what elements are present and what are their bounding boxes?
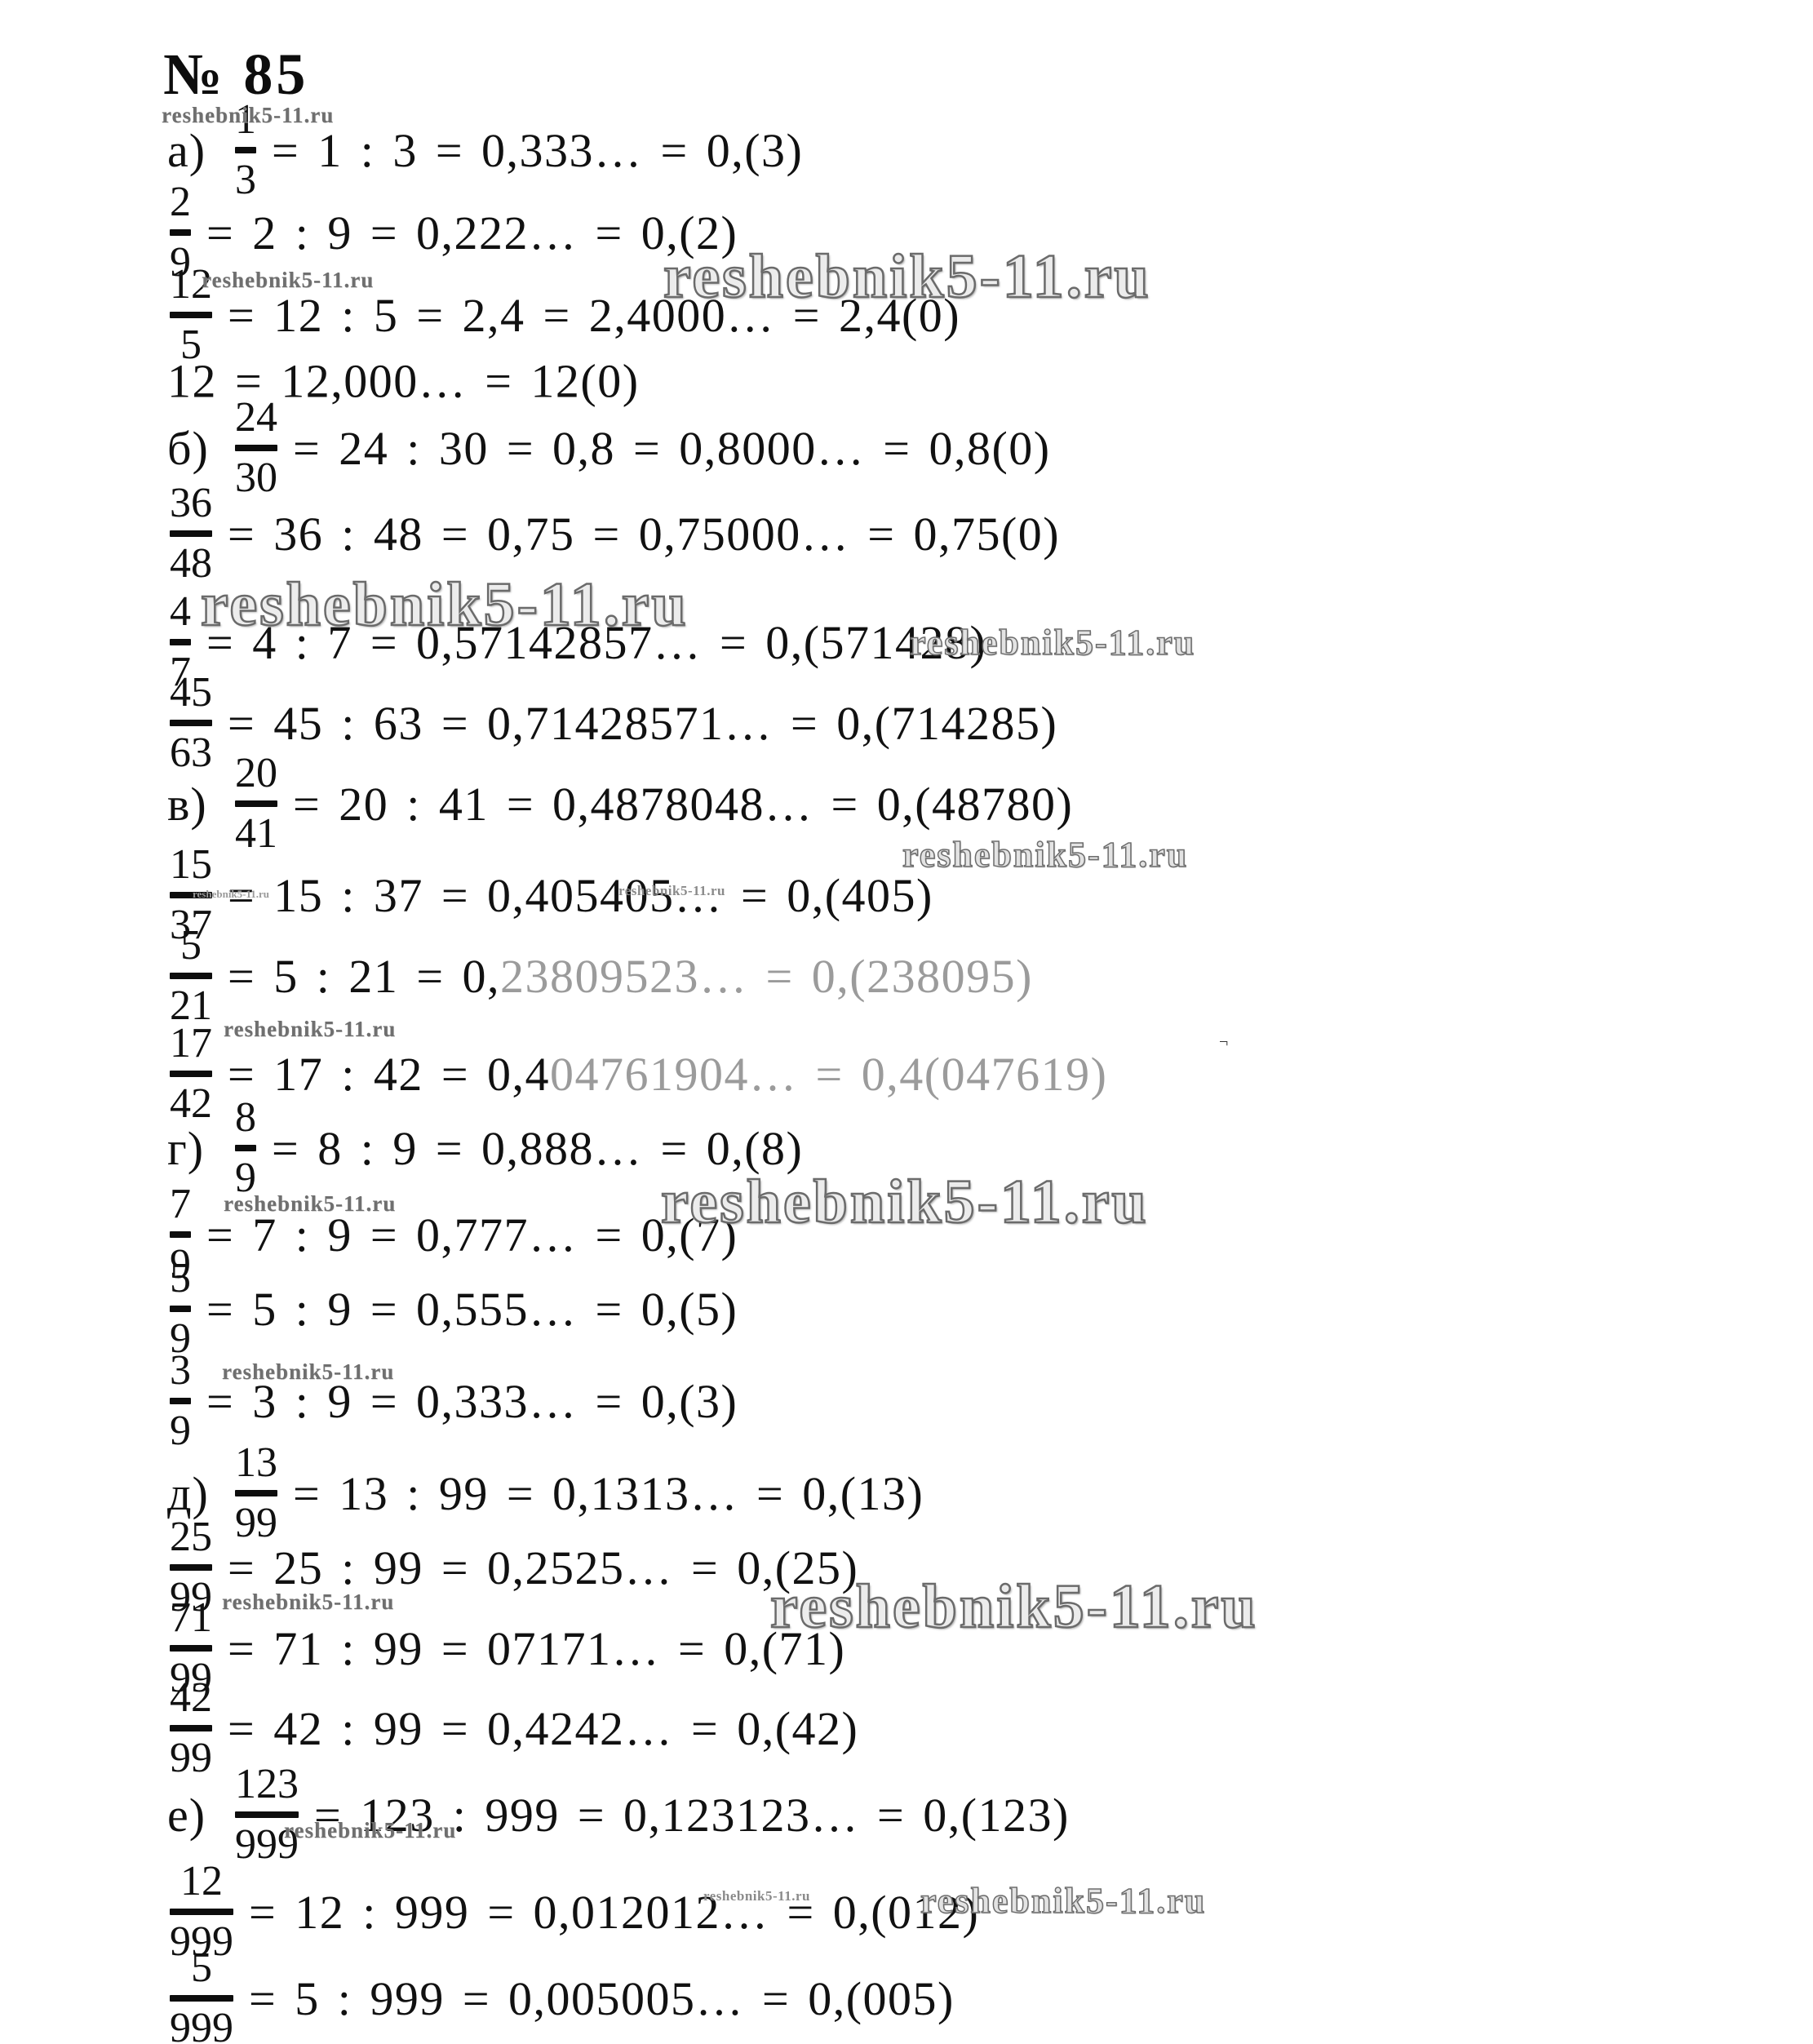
watermark-text: reshebnik5-11.ru xyxy=(661,1167,1149,1238)
fraction: 5 21 xyxy=(167,924,215,1027)
fraction-bar xyxy=(170,973,212,979)
fraction-numerator: 5 xyxy=(170,1257,191,1300)
equation-main: = 42 : 99 = 0,4242… = 0,(42) xyxy=(228,1702,858,1755)
watermark-text: reshebnik5-11.ru xyxy=(920,1880,1206,1922)
watermark-text: reshebnik5-11.ru xyxy=(222,1590,394,1615)
equation-text: = 24 : 30 = 0,8 = 0,8000… = 0,8(0) xyxy=(293,421,1051,476)
equation-text: = 36 : 48 = 0,75 = 0,75000… = 0,75(0) xyxy=(228,507,1060,561)
equation-text: = 45 : 63 = 0,71428571… = 0,(714285) xyxy=(228,696,1057,751)
fraction-numerator: 13 xyxy=(235,1442,277,1484)
equation-main: = 36 : 48 = 0,75 = 0,75000… = 0,75(0) xyxy=(228,508,1060,561)
document-page: № 85 а) 1 3 = 1 : 3 = 0,333… = 0,(3) 2 9… xyxy=(0,0,1813,2044)
equation-main: = 25 : 99 = 0,2525… = 0,(25) xyxy=(228,1541,858,1594)
watermark-text: reshebnik5-11.ru xyxy=(703,1888,810,1904)
equation-main: = 45 : 63 = 0,71428571… = 0,(714285) xyxy=(228,697,1057,750)
equation-text: = 17 : 42 = 0,404761904… = 0,4(047619) xyxy=(228,1047,1107,1102)
watermark-text: reshebnik5-11.ru xyxy=(193,888,269,901)
equation-main: = 17 : 42 = 0,4 xyxy=(228,1048,550,1101)
watermark-text: reshebnik5-11.ru xyxy=(663,242,1151,313)
watermark-text: reshebnik5-11.ru xyxy=(770,1572,1258,1643)
part-label: б) xyxy=(167,421,219,476)
equation-text: = 2 : 9 = 0,222… = 0,(2) xyxy=(206,206,738,260)
equation-text: = 15 : 37 = 0,405405… = 0,(405) xyxy=(228,868,933,923)
fraction-denominator: 999 xyxy=(170,2007,233,2044)
equation-text: = 5 : 999 = 0,005005… = 0,(005) xyxy=(249,1971,955,2026)
part-label: д) xyxy=(167,1466,219,1521)
fraction-bar xyxy=(170,1071,212,1077)
equation-main: = 5 : 21 = 0, xyxy=(228,950,500,1003)
equation-faded: 23809523… = 0,(238095) xyxy=(500,950,1033,1003)
fraction-numerator: 8 xyxy=(235,1097,256,1139)
fraction-bar xyxy=(235,800,277,807)
equation-text: = 13 : 99 = 0,1313… = 0,(13) xyxy=(293,1466,924,1521)
fraction-bar xyxy=(170,229,191,236)
fraction-bar xyxy=(170,639,191,645)
equation-text: = 71 : 99 = 07171… = 0,(71) xyxy=(228,1621,845,1676)
fraction-bar xyxy=(170,1995,233,2002)
fraction-bar xyxy=(235,147,256,153)
watermark-text: reshebnik5-11.ru xyxy=(162,103,334,128)
fraction-bar xyxy=(170,1909,233,1915)
equation-text: = 5 : 21 = 0,23809523… = 0,(238095) xyxy=(228,949,1033,1004)
part-label: а) xyxy=(167,123,219,178)
equation-main: = 15 : 37 = 0,405405… = 0,(405) xyxy=(228,869,933,922)
fraction: 5 999 xyxy=(167,1947,236,2044)
fraction: 3 9 xyxy=(167,1350,193,1452)
fraction-numerator: 3 xyxy=(170,1350,191,1392)
fraction-numerator: 2 xyxy=(170,181,191,224)
fraction-numerator: 4 xyxy=(170,591,191,633)
fraction-numerator: 12 xyxy=(180,1860,223,1903)
stray-mark: ¬ xyxy=(1219,1033,1228,1052)
part-label: е) xyxy=(167,1788,219,1842)
watermark-text: reshebnik5-11.ru xyxy=(202,268,374,293)
fraction-bar xyxy=(170,312,212,318)
fraction: 5 9 xyxy=(167,1257,193,1360)
equation-main: = 2 : 9 = 0,222… = 0,(2) xyxy=(206,206,738,259)
fraction-bar xyxy=(170,1564,212,1571)
fraction-bar xyxy=(170,1645,212,1652)
fraction-bar xyxy=(235,1145,256,1151)
watermark-text: reshebnik5-11.ru xyxy=(618,883,725,899)
fraction-bar xyxy=(170,1725,212,1731)
part-label: г) xyxy=(167,1121,219,1176)
equation-main: = 12 : 999 = 0,012012… = 0,(012) xyxy=(249,1886,979,1939)
fraction-bar xyxy=(235,1811,299,1818)
fraction-numerator: 36 xyxy=(170,482,212,525)
watermark-text: reshebnik5-11.ru xyxy=(284,1818,456,1843)
fraction-bar xyxy=(170,530,212,537)
watermark-text: reshebnik5-11.ru xyxy=(910,622,1195,663)
fraction: 20 41 xyxy=(233,752,280,855)
solution-line: 5 9 = 5 : 9 = 0,555… = 0,(5) xyxy=(167,1257,738,1360)
equation-faded: 04761904… = 0,4(047619) xyxy=(550,1048,1107,1101)
fraction-bar xyxy=(235,1490,277,1496)
fraction: 123 999 xyxy=(233,1763,301,1866)
watermark-text: reshebnik5-11.ru xyxy=(201,570,689,641)
solution-line: 5 999 = 5 : 999 = 0,005005… = 0,(005) xyxy=(167,1947,955,2044)
equation-text: = 20 : 41 = 0,4878048… = 0,(48780) xyxy=(293,777,1073,831)
watermark-text: reshebnik5-11.ru xyxy=(222,1359,394,1385)
solution-line: е) 123 999 = 123 : 999 = 0,123123… = 0,(… xyxy=(167,1763,1070,1866)
fraction-bar xyxy=(235,445,277,451)
part-label: в) xyxy=(167,777,219,831)
fraction-numerator: 7 xyxy=(170,1183,191,1226)
equation-main: = 1 : 3 = 0,333… = 0,(3) xyxy=(272,124,803,177)
fraction-numerator: 5 xyxy=(191,1947,212,1989)
fraction-numerator: 20 xyxy=(235,752,277,795)
equation-text: = 5 : 9 = 0,555… = 0,(5) xyxy=(206,1282,738,1337)
solution-line: 5 21 = 5 : 21 = 0,23809523… = 0,(238095) xyxy=(167,924,1033,1027)
equation-text: = 25 : 99 = 0,2525… = 0,(25) xyxy=(228,1541,858,1595)
equation-main: = 71 : 99 = 07171… = 0,(71) xyxy=(228,1622,845,1675)
fraction-numerator: 24 xyxy=(235,397,277,439)
equation-text: = 42 : 99 = 0,4242… = 0,(42) xyxy=(228,1701,858,1756)
equation-text: = 1 : 3 = 0,333… = 0,(3) xyxy=(272,123,803,178)
fraction-numerator: 123 xyxy=(235,1763,299,1806)
fraction-numerator: 42 xyxy=(170,1677,212,1719)
equation-main: = 20 : 41 = 0,4878048… = 0,(48780) xyxy=(293,778,1073,831)
fraction-numerator: 5 xyxy=(180,924,202,967)
fraction-numerator: 15 xyxy=(170,844,212,886)
equation-text: = 12 : 999 = 0,012012… = 0,(012) xyxy=(249,1885,979,1940)
equation-main: = 13 : 99 = 0,1313… = 0,(13) xyxy=(293,1467,924,1520)
fraction-bar xyxy=(170,1231,191,1238)
watermark-text: reshebnik5-11.ru xyxy=(224,1191,396,1217)
watermark-text: reshebnik5-11.ru xyxy=(902,834,1188,876)
fraction-numerator: 45 xyxy=(170,672,212,714)
equation-main: = 24 : 30 = 0,8 = 0,8000… = 0,8(0) xyxy=(293,422,1051,475)
fraction-bar xyxy=(170,1306,191,1312)
fraction-numerator: 17 xyxy=(170,1022,212,1065)
equation-main: = 5 : 999 = 0,005005… = 0,(005) xyxy=(249,1972,955,2025)
equation-main: = 5 : 9 = 0,555… = 0,(5) xyxy=(206,1283,738,1336)
fraction-numerator: 25 xyxy=(170,1516,212,1558)
watermark-text: reshebnik5-11.ru xyxy=(224,1017,396,1042)
fraction-numerator: 71 xyxy=(170,1597,212,1639)
fraction-bar xyxy=(170,1398,191,1404)
fraction-bar xyxy=(170,720,212,726)
